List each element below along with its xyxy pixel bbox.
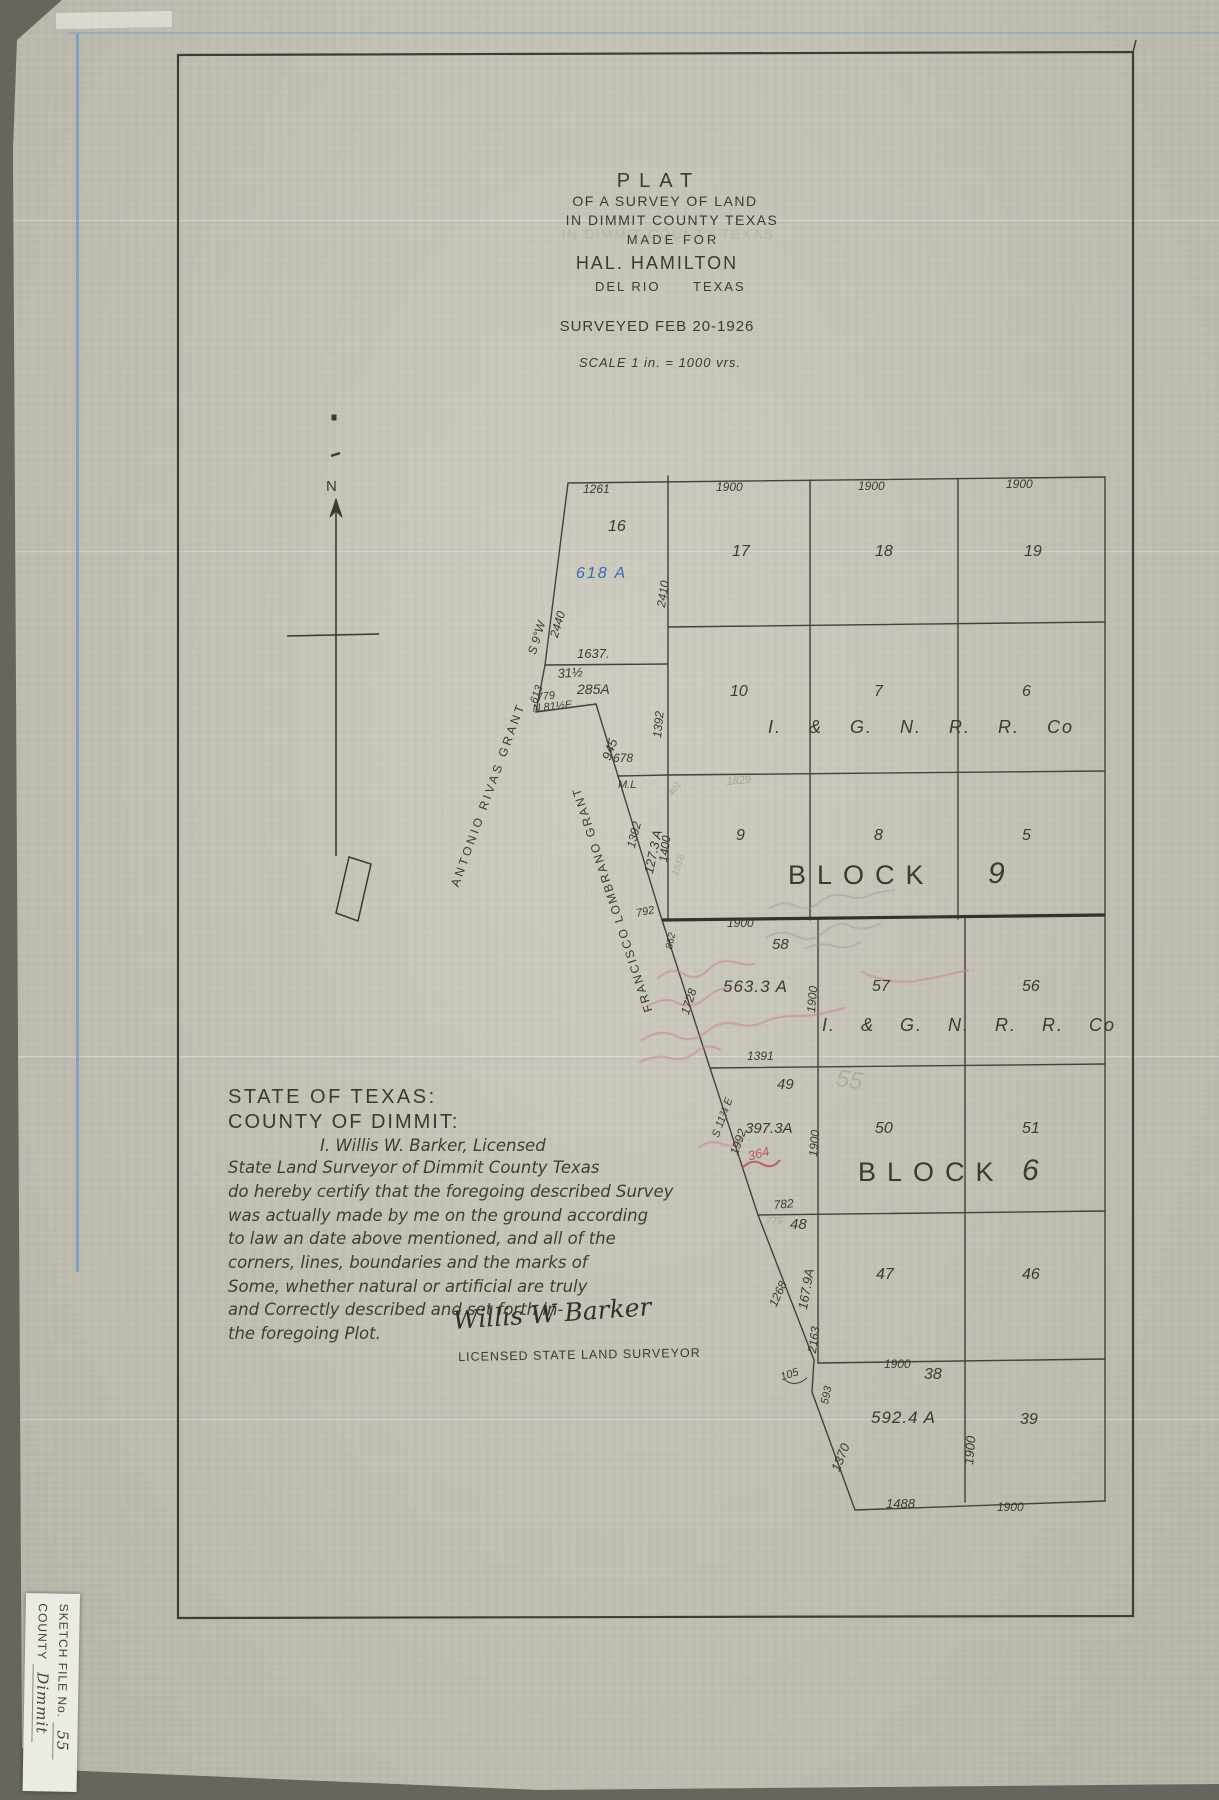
area-ml: M.L bbox=[618, 779, 636, 791]
dim-678: 678 bbox=[613, 751, 633, 765]
railroad-name-block9: I. & G. N. R. R. Co bbox=[768, 717, 1074, 738]
dim-1488: 1488 bbox=[886, 1496, 915, 1511]
area-285: 285A bbox=[577, 681, 610, 697]
block6-number: 6 bbox=[1022, 1154, 1039, 1188]
pencil-779: 779 bbox=[766, 1216, 783, 1227]
dim-1392-vertical: 1392 bbox=[650, 710, 667, 738]
railroad-name-block6: I. & G. N. R. R. Co bbox=[822, 1015, 1116, 1036]
lot-number-38: 38 bbox=[924, 1366, 942, 1384]
scanned-plat-document: { "title_block": { "l1": "PLAT", "l2": "… bbox=[0, 0, 1219, 1800]
dim-1391: 1391 bbox=[747, 1049, 774, 1063]
lot-number-50: 50 bbox=[875, 1120, 893, 1138]
red-ink-squiggle bbox=[742, 1160, 780, 1168]
cert-body-line6: corners, lines, boundaries and the marks… bbox=[228, 1253, 588, 1272]
dim-31half: 31½ bbox=[557, 664, 583, 681]
lot-number-49: 49 bbox=[777, 1076, 794, 1093]
lot-number-39: 39 bbox=[1020, 1411, 1038, 1429]
sketch-file-label: SKETCH FILE No. bbox=[55, 1604, 71, 1719]
cert-body-line4: was actually made by me on the ground ac… bbox=[228, 1206, 648, 1225]
block9-number: 9 bbox=[988, 857, 1005, 891]
cert-state: STATE OF TEXAS: bbox=[228, 1086, 437, 1109]
lot-number-10: 10 bbox=[730, 683, 748, 701]
lot-number-58: 58 bbox=[772, 936, 789, 953]
dim-1900-top18: 1900 bbox=[858, 479, 885, 493]
title-scale: SCALE 1 in. = 1000 vrs. bbox=[579, 355, 741, 370]
cert-body-line1: I. Willis W. Barker, Licensed bbox=[320, 1136, 546, 1155]
lot-number-16: 16 bbox=[608, 518, 626, 536]
sketch-file-sticker: SKETCH FILE No. 55 COUNTY Dimmit bbox=[23, 1593, 80, 1792]
title-made-for: MADE FOR bbox=[627, 232, 720, 247]
dim-1900-top19: 1900 bbox=[1006, 477, 1033, 491]
north-label: N bbox=[326, 478, 337, 495]
cert-body-line9: the foregoing Plot. bbox=[228, 1324, 381, 1343]
lot-number-17: 17 bbox=[732, 543, 750, 561]
cert-county: COUNTY OF DIMMIT: bbox=[228, 1111, 459, 1134]
lot-number-56: 56 bbox=[1022, 978, 1040, 996]
sketch-file-row: SKETCH FILE No. 55 bbox=[51, 1604, 75, 1782]
lot-number-47: 47 bbox=[876, 1266, 894, 1284]
area-563-3: 563.3 A bbox=[723, 977, 788, 997]
area-397-3: 397.3A bbox=[745, 1120, 793, 1137]
dim-1637: 1637. bbox=[577, 646, 610, 661]
pencil-55: 55 bbox=[834, 1065, 864, 1096]
dim-782: 782 bbox=[773, 1196, 794, 1212]
title-line2: OF A SURVEY OF LAND bbox=[572, 193, 757, 209]
lot-number-5: 5 bbox=[1022, 827, 1031, 845]
pencil-1829: 1829 bbox=[726, 774, 751, 788]
dim-1900-top17: 1900 bbox=[716, 480, 743, 494]
title-state: TEXAS bbox=[693, 279, 746, 294]
scale-bar-parallelogram bbox=[336, 857, 371, 921]
sketch-file-number: 55 bbox=[52, 1722, 72, 1759]
lot-number-19: 19 bbox=[1024, 543, 1042, 561]
dim-1900-block9-south: 1900 bbox=[727, 916, 754, 930]
county-label: COUNTY bbox=[35, 1603, 50, 1660]
area-618: 618 A bbox=[576, 565, 627, 583]
dim-1900-38top: 1900 bbox=[884, 1357, 911, 1371]
plat-border bbox=[178, 40, 1136, 1618]
lot-number-9: 9 bbox=[736, 827, 745, 845]
county-name: Dimmit bbox=[31, 1664, 51, 1742]
cert-body-line5: to law an date above mentioned, and all … bbox=[228, 1229, 616, 1248]
dim-1900-50west: 1900 bbox=[806, 1129, 822, 1157]
dim-1900-57west: 1900 bbox=[804, 985, 820, 1013]
dim-1261: 1261 bbox=[583, 482, 610, 496]
lot-number-57: 57 bbox=[872, 978, 890, 996]
lot-number-7: 7 bbox=[874, 683, 883, 701]
lot-number-46: 46 bbox=[1022, 1266, 1040, 1284]
cert-body-line2: State Land Surveyor of Dimmit County Tex… bbox=[228, 1158, 599, 1177]
cert-body-line3: do hereby certify that the foregoing des… bbox=[228, 1182, 673, 1201]
area-592-4: 592.4 A bbox=[871, 1408, 936, 1428]
block6-title: BLOCK bbox=[858, 1157, 1005, 1188]
lot-number-6: 6 bbox=[1022, 683, 1031, 701]
lot-number-8: 8 bbox=[874, 827, 883, 845]
title-city: DEL RIO bbox=[595, 279, 661, 294]
lot-number-51: 51 bbox=[1022, 1120, 1040, 1138]
title-survey-date: SURVEYED FEB 20-1926 bbox=[560, 318, 755, 335]
block9-title: BLOCK bbox=[788, 860, 935, 891]
dim-1900-38east: 1900 bbox=[961, 1435, 978, 1465]
dim-1900-bottom39: 1900 bbox=[997, 1500, 1024, 1514]
cert-body-line7: Some, whether natural or artificial are … bbox=[228, 1277, 587, 1296]
title-plat: PLAT bbox=[617, 170, 702, 193]
lot-number-18: 18 bbox=[875, 543, 893, 561]
lot-number-48: 48 bbox=[790, 1216, 807, 1233]
title-client-name: HAL. HAMILTON bbox=[576, 253, 738, 274]
